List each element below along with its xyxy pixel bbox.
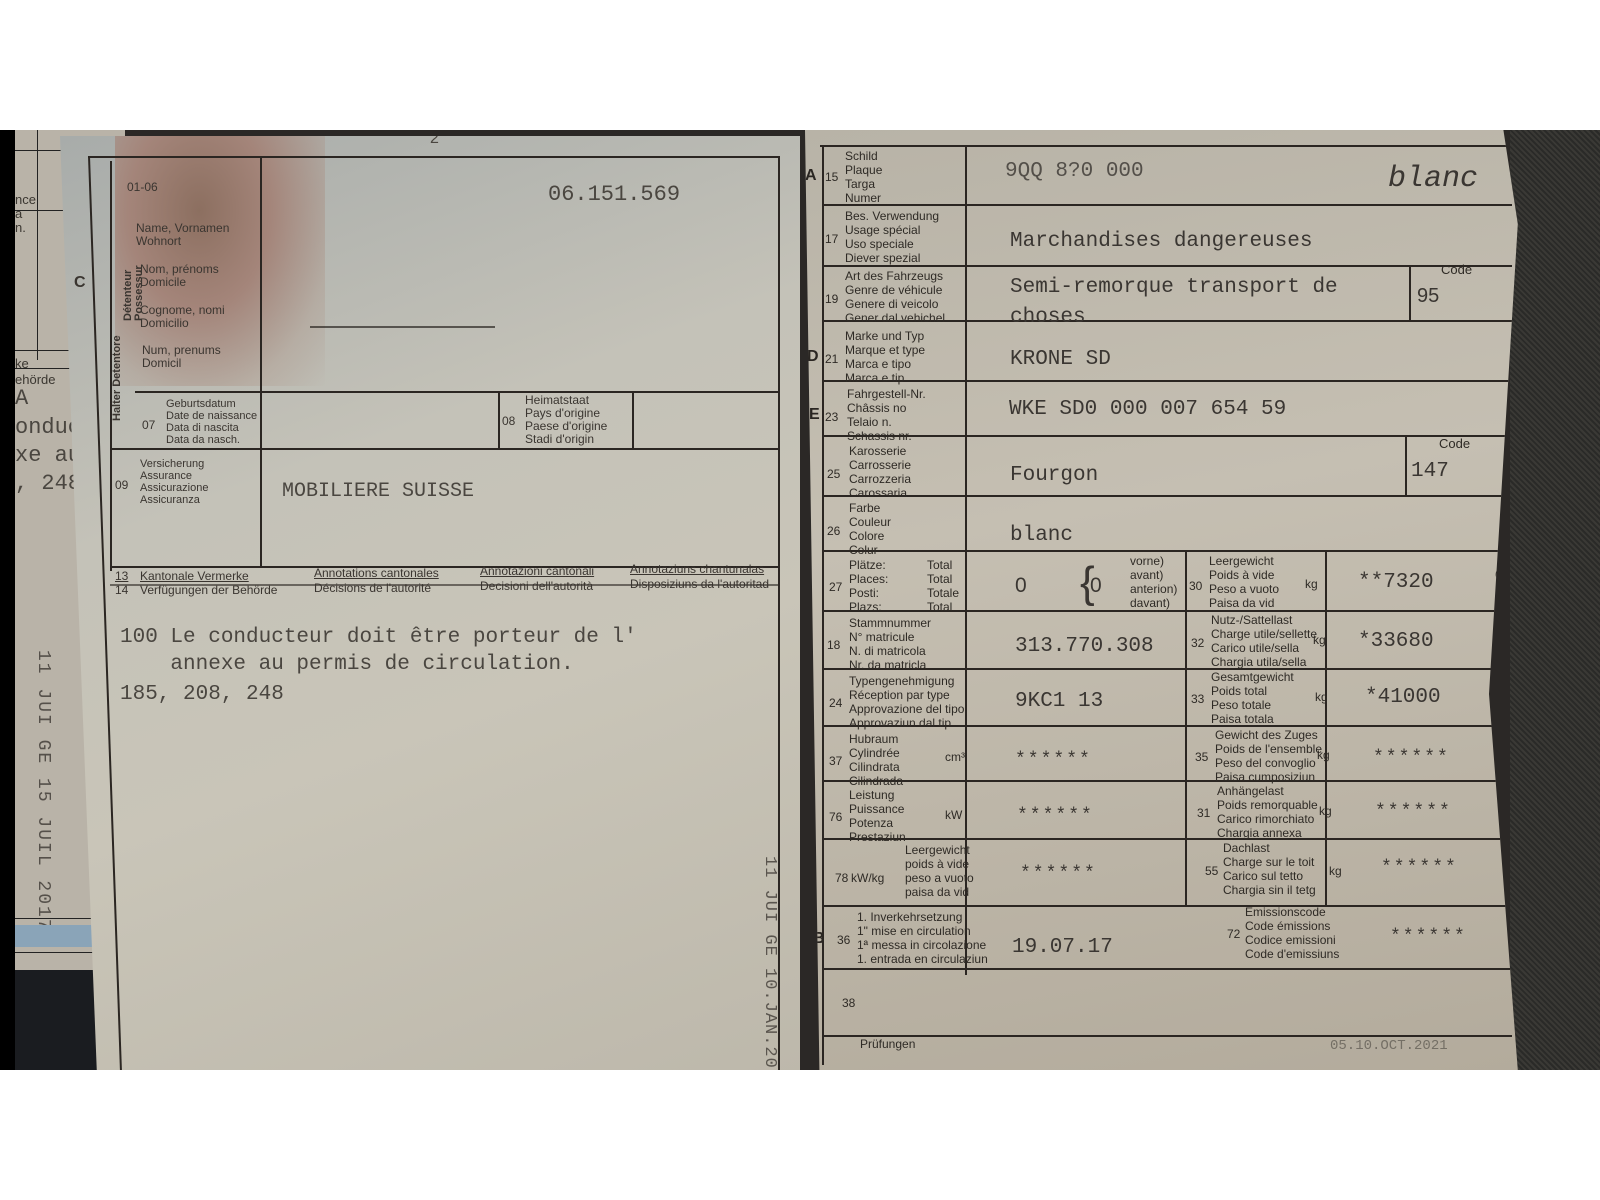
field-number: 21 [825,352,838,366]
field-number: 55 [1205,864,1218,878]
field-17-label: Diever spezial [845,252,920,265]
field-23-label: Fahrgestell-Nr. [847,388,926,401]
holder-label: Domicilio [140,317,189,330]
field-number: 35 [1195,750,1208,764]
empty-weight-value: **7320 [1358,571,1434,594]
field-55-label: Chargia sin il tetg [1223,884,1316,897]
field-09-label: Assicurazione [140,482,208,494]
field-14-label: Decisioni dell'autorità [480,580,593,593]
field-78-label: Leergewicht [905,844,970,857]
field-78-label: poids à vide [905,858,969,871]
field-number: 24 [829,696,842,710]
power-weight-value: ****** [1020,864,1097,884]
letter-g: G [1495,567,1507,585]
pruefungen-label: Prüfungen [860,1038,915,1051]
field-number: 25 [827,467,840,481]
total-weight-value: *41000 [1365,686,1441,709]
back-typed: A [15,386,28,411]
towable-weight-value: ****** [1375,802,1452,822]
field-07-label: Data di nascita [166,422,239,434]
field-76-label: Puissance [849,803,904,816]
back-label: ke [15,356,29,371]
field-36-label: 1ª messa in circolazione [857,939,986,952]
field-19-label: Art des Fahrzeugs [845,270,943,283]
field-32-label: Charge utile/sellette [1211,628,1317,641]
field-37-label: Cilindrata [849,761,900,774]
unit-label: kW [945,808,962,822]
seats-front: 0 [1090,574,1102,598]
field-24-label: Approvazione del tipo [849,703,964,716]
inspection-stamp: 05.10.OCT.2021 [1330,1038,1448,1054]
annotation-line: 100 Le conducteur doit être porteur de l… [120,626,637,649]
field-21-label: Marca e tipo [845,358,911,371]
holder-number: 06.151.569 [548,182,680,207]
holder-label: Domicile [140,276,186,289]
field-24-label: Approvaziun dal tip [849,717,951,730]
annotation-line: 185, 208, 248 [120,683,284,706]
section-letter-c: C [74,276,86,289]
field-14-label: Verfügungen der Behörde [140,584,277,597]
field-14-number: 14 [115,584,128,597]
field-17-label: Bes. Verwendung [845,210,939,223]
field-35-label: Poids de l'ensemble [1215,743,1322,756]
annotation-line: annexe au permis de circulation. [120,653,574,676]
document-photo: nce a n. M ke ehörde A onduc xe au , 248… [0,130,1600,1070]
field-09-label: Versicherung [140,458,204,470]
field-37-label: Cilindrada [849,775,903,788]
field-32-label: Nutz-/Sattellast [1211,614,1292,627]
plate-color: blanc [1388,162,1478,196]
field-number: 33 [1191,692,1204,706]
field-number: 30 [1189,579,1202,593]
field-76-label: Potenza [849,817,893,830]
field-25-label: Carrosserie [849,459,911,472]
letter-f: F [1499,682,1509,700]
field-15-label: Targa [845,178,875,191]
field-19-label: Genre de véhicule [845,284,942,297]
field-number: 36 [837,933,850,947]
field-27-front-label: davant) [1130,597,1170,610]
field-13-label: Annotations cantonales [314,567,439,580]
field-number: 32 [1191,636,1204,650]
back-stamp: 11 JUI GE 15 JUIL 2017 [33,650,53,932]
emission-code-value: ****** [1390,927,1467,947]
seats-total: 0 [1015,574,1027,598]
field-33-label: Peso totale [1211,699,1271,712]
field-27-label: Posti: [849,587,879,600]
field-18-label: Stammnummer [849,617,931,630]
field-72-label: Code émissions [1245,920,1330,933]
vehicle-type-code: 95 [1417,285,1439,308]
field-32-label: Carico utile/sella [1211,642,1299,655]
field-26-label: Colur [849,544,878,557]
field-21-label: Marca e tip [845,372,904,385]
field-21-label: Marque et type [845,344,925,357]
field-13-label: Annotaziuns chantunalas [630,563,764,576]
unit-label: cm³ [945,750,965,764]
field-number: 15 [825,170,838,184]
field-27-total-label: Total [927,559,952,572]
back-typed: xe au [15,443,81,468]
field-32-label: Chargia utila/sella [1211,656,1306,669]
field-25-label: Carrozzeria [849,473,911,486]
field-33-label: Poids total [1211,685,1267,698]
field-number: 72 [1227,927,1240,941]
field-35-label: Peso del convoglio [1215,757,1316,770]
field-25-label: Karosserie [849,445,906,458]
field-37-label: Hubraum [849,733,898,746]
field-number: 19 [825,292,838,306]
field-76-label: Leistung [849,789,894,802]
field-24-label: Réception par type [849,689,950,702]
field-35-label: Paisa cumposiziun [1215,771,1315,784]
field-15-label: Schild [845,150,878,163]
code-label: Code [1439,436,1470,451]
field-78-label: peso a vuoto [905,872,974,885]
field-31-label: Chargia annexa [1217,827,1302,840]
field-07-label: Date de naissance [166,410,257,422]
page-number: 2 [430,130,439,148]
field-14-label: Décisions de l'autorité [314,582,431,595]
field-27-label: Plazs: [849,601,882,614]
field-35-label: Gewicht des Zuges [1215,729,1318,742]
field-number: 31 [1197,806,1210,820]
field-36-label: 1" mise en circulation [857,925,971,938]
field-number: 07 [142,418,155,432]
field-13-label: Kantonale Vermerke [140,570,249,583]
field-36-label: 1. Inverkehrsetzung [857,911,962,924]
field-72-label: Emissionscode [1245,906,1326,919]
field-number: 08 [502,414,515,428]
field-27-front-label: vorne) [1130,555,1164,568]
color-value: blanc [1010,524,1073,547]
field-24-label: Typengenehmigung [849,675,954,688]
field-17-label: Uso speciale [845,238,914,251]
field-07-label: Geburtsdatum [166,398,236,410]
unit-label: kW/kg [851,871,884,885]
field-18-label: Nr. da matricla [849,659,926,672]
make-model-value: KRONE SD [1010,348,1111,371]
field-0106: 01-06 [127,181,158,194]
field-number: 17 [825,232,838,246]
holder-label: Wohnort [136,235,181,248]
holder-label: Domicil [142,357,181,370]
unit-label: kg [1313,633,1326,647]
payload-value: *33680 [1358,630,1434,653]
field-27-total-label: Total [927,601,952,614]
field-31-label: Poids remorquable [1217,799,1318,812]
field-14-label: Disposiziuns da l'autoritad [630,578,769,591]
unit-label: kg [1329,864,1342,878]
field-number: 23 [825,410,838,424]
field-08-label: Stadi d'origin [525,433,594,446]
field-15-label: Plaque [845,164,882,177]
code-label: Code [1441,262,1472,277]
field-15-label: Numer [845,192,881,205]
field-33-label: Gesamtgewicht [1211,671,1294,684]
field-27-total-label: Totale [927,587,959,600]
field-23-label: Schassis nr. [847,430,912,443]
back-typed: onduc [15,415,81,440]
field-number: 78 [835,871,848,885]
field-19-label: Gener dal vehichel [845,312,945,325]
vehicle-type-value: choses [1010,306,1086,329]
carpet-background [1510,130,1600,1070]
displacement-value: ****** [1015,750,1092,770]
photo-edge [0,130,15,1070]
field-31-label: Carico rimorchiato [1217,813,1314,826]
field-36-label: 1. entrada en circulaziun [857,953,988,966]
letter-a: A [805,167,817,185]
field-27-label: Plätze: [849,559,886,572]
holder-vertical-label: Halter Detentore [112,321,123,421]
vehicle-type-value: Semi-remorque transport de [1010,276,1338,299]
field-number: 09 [115,478,128,492]
field-18-label: N° matricule [849,631,914,644]
field-30-label: Peso a vuoto [1209,583,1279,596]
field-27-total-label: Total [927,573,952,586]
field-18-label: N. di matricola [849,645,926,658]
field-number: 38 [842,996,855,1010]
letter-d: D [807,348,819,366]
field-23-label: Telaio n. [847,416,892,429]
field-27-front-label: anterion) [1130,583,1177,596]
power-value: ****** [1017,806,1094,826]
field-19-label: Genere di veicolo [845,298,938,311]
field-number: 37 [829,754,842,768]
field-31-label: Anhängelast [1217,785,1284,798]
field-26-label: Couleur [849,516,891,529]
letter-b: B [813,930,825,948]
field-09-label: Assurance [140,470,192,482]
unit-label: kg [1317,748,1330,762]
first-registration-date: 19.07.17 [1012,936,1113,959]
field-37-label: Cylindrée [849,747,900,760]
unit-label: kg [1315,690,1328,704]
unit-label: kg [1319,804,1332,818]
unit-label: kg [1305,577,1318,591]
field-72-label: Codice emissioni [1245,934,1336,947]
letter-e: E [809,406,820,424]
field-23-label: Châssis no [847,402,906,415]
field-72-label: Code d'emissiuns [1245,948,1339,961]
field-09-label: Assicuranza [140,494,200,506]
body-type-code: 147 [1411,460,1449,483]
back-label: ehörde [15,372,55,387]
field-13-label: Annotazioni cantonali [480,565,594,578]
field-30-label: Paisa da vid [1209,597,1274,610]
back-label: nce [15,192,36,207]
field-number: 26 [827,524,840,538]
roof-load-value: ****** [1381,858,1458,878]
field-30-label: Poids à vide [1209,569,1274,582]
field-25-label: Carossaria [849,487,907,500]
field-26-label: Colore [849,530,884,543]
field-17-label: Usage spécial [845,224,920,237]
field-number: 27 [829,580,842,594]
field-07-label: Data da nasch. [166,434,240,446]
field-26-label: Farbe [849,502,880,515]
field-76-label: Prestaziun [849,831,906,844]
registration-number-value: 313.770.308 [1015,635,1154,658]
field-55-label: Carico sul tetto [1223,870,1303,883]
date-stamp: 11 JUI GE 10.JAN.20 [760,856,779,1069]
field-55-label: Charge sur le toit [1223,856,1314,869]
right-page: A D E B G F 15 Schild Plaque Targa Numer… [805,130,1525,1070]
body-type-value: Fourgon [1010,464,1098,487]
field-78-label: paisa da vid [905,886,969,899]
field-number: 76 [829,810,842,824]
field-27-front-label: avant) [1130,569,1163,582]
field-13-number: 13 [115,570,128,583]
special-use-value: Marchandises dangereuses [1010,230,1312,253]
left-page: 2 C 01-06 06.151.569 Halter Detentore Dé… [60,136,800,1070]
field-55-label: Dachlast [1223,842,1270,855]
back-typed: , 248 [15,471,81,496]
field-number: 18 [827,638,840,652]
chassis-number-value: WKE SD0 000 007 654 59 [1009,398,1286,421]
back-label: n. [15,220,26,235]
plate-number: 9QQ 8?0 000 [1005,160,1144,183]
field-27-label: Places: [849,573,888,586]
field-33-label: Paisa totala [1211,713,1274,726]
field-30-label: Leergewicht [1209,555,1274,568]
insurance-value: MOBILIERE SUISSE [282,480,474,503]
combination-weight-value: ****** [1373,748,1450,768]
type-approval-value: 9KC1 13 [1015,690,1103,713]
field-21-label: Marke und Typ [845,330,924,343]
back-label: a [15,206,22,221]
